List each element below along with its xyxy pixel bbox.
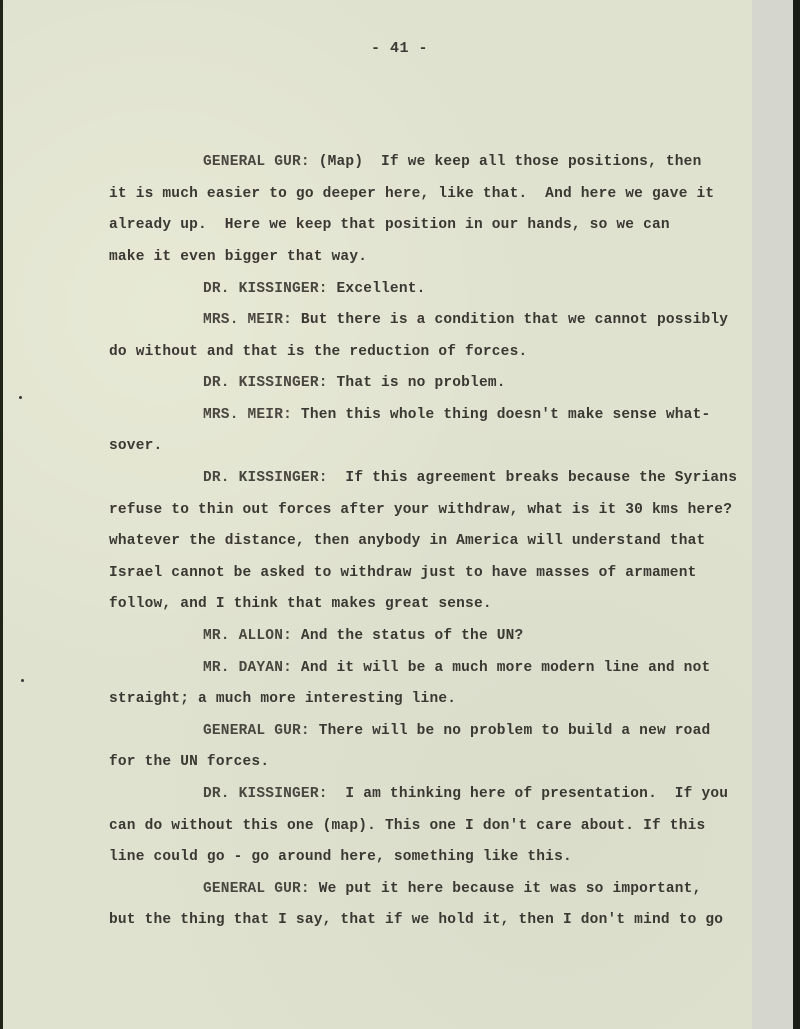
line-text: That is no problem. <box>328 375 506 391</box>
speaker-label: MR. ALLON: <box>203 628 292 644</box>
transcript-line: refuse to thin out forces after your wit… <box>109 501 732 519</box>
speaker-label: DR. KISSINGER: <box>203 470 328 486</box>
transcript-line: GENERAL GUR: There will be no problem to… <box>203 722 710 740</box>
transcript-line: it is much easier to go deeper here, lik… <box>109 185 714 203</box>
line-text: There will be no problem to build a new … <box>310 723 711 739</box>
line-text: Then this whole thing doesn't make sense… <box>292 407 710 423</box>
line-text: for the UN forces. <box>109 754 269 770</box>
transcript-line: MR. ALLON: And the status of the UN? <box>203 627 523 645</box>
scan-speck <box>21 679 24 682</box>
transcript-line: Israel cannot be asked to withdraw just … <box>109 564 697 582</box>
line-text: And it will be a much more modern line a… <box>292 660 710 676</box>
line-text: it is much easier to go deeper here, lik… <box>109 186 714 202</box>
page-number: - 41 - <box>3 40 796 57</box>
transcript-line: DR. KISSINGER: Excellent. <box>203 280 426 298</box>
line-text: We put it here because it was so importa… <box>310 881 702 897</box>
line-text: And the status of the UN? <box>292 628 523 644</box>
transcript-line: GENERAL GUR: (Map) If we keep all those … <box>203 153 702 171</box>
transcript-line: do without and that is the reduction of … <box>109 343 527 361</box>
document-page: - 41 - GENERAL GUR: (Map) If we keep all… <box>3 0 796 1029</box>
speaker-label: GENERAL GUR: <box>203 881 310 897</box>
line-text: make it even bigger that way. <box>109 249 367 265</box>
transcript-line: MRS. MEIR: But there is a condition that… <box>203 311 728 329</box>
transcript-line: make it even bigger that way. <box>109 248 367 266</box>
transcript-line: line could go - go around here, somethin… <box>109 848 572 866</box>
line-text: I am thinking here of presentation. If y… <box>328 786 729 802</box>
line-text: Israel cannot be asked to withdraw just … <box>109 565 697 581</box>
speaker-label: MR. DAYAN: <box>203 660 292 676</box>
speaker-label: DR. KISSINGER: <box>203 281 328 297</box>
transcript-line: whatever the distance, then anybody in A… <box>109 532 705 550</box>
speaker-label: GENERAL GUR: <box>203 154 310 170</box>
speaker-label: DR. KISSINGER: <box>203 786 328 802</box>
transcript-line: DR. KISSINGER: If this agreement breaks … <box>203 469 737 487</box>
line-text: If this agreement breaks because the Syr… <box>328 470 737 486</box>
transcript-line: MR. DAYAN: And it will be a much more mo… <box>203 659 710 677</box>
transcript-line: DR. KISSINGER: That is no problem. <box>203 374 506 392</box>
speaker-label: DR. KISSINGER: <box>203 375 328 391</box>
speaker-label: GENERAL GUR: <box>203 723 310 739</box>
line-text: sover. <box>109 438 162 454</box>
line-text: follow, and I think that makes great sen… <box>109 596 492 612</box>
line-text: But there is a condition that we cannot … <box>292 312 728 328</box>
transcript-line: straight; a much more interesting line. <box>109 690 456 708</box>
transcript-line: sover. <box>109 437 162 455</box>
line-text: whatever the distance, then anybody in A… <box>109 533 705 549</box>
line-text: do without and that is the reduction of … <box>109 344 527 360</box>
transcript-line: but the thing that I say, that if we hol… <box>109 911 723 929</box>
scan-margin-strip <box>752 0 796 1029</box>
line-text: but the thing that I say, that if we hol… <box>109 912 723 928</box>
line-text: line could go - go around here, somethin… <box>109 849 572 865</box>
transcript-line: follow, and I think that makes great sen… <box>109 595 492 613</box>
line-text: straight; a much more interesting line. <box>109 691 456 707</box>
line-text: Excellent. <box>328 281 426 297</box>
speaker-label: MRS. MEIR: <box>203 312 292 328</box>
transcript-line: GENERAL GUR: We put it here because it w… <box>203 880 702 898</box>
transcript-line: DR. KISSINGER: I am thinking here of pre… <box>203 785 728 803</box>
transcript-line: already up. Here we keep that position i… <box>109 216 670 234</box>
line-text: refuse to thin out forces after your wit… <box>109 502 732 518</box>
scan-edge-border <box>793 0 800 1029</box>
line-text: (Map) If we keep all those positions, th… <box>310 154 702 170</box>
line-text: already up. Here we keep that position i… <box>109 217 670 233</box>
transcript-line: for the UN forces. <box>109 753 269 771</box>
line-text: can do without this one (map). This one … <box>109 818 705 834</box>
speaker-label: MRS. MEIR: <box>203 407 292 423</box>
transcript-line: MRS. MEIR: Then this whole thing doesn't… <box>203 406 710 424</box>
transcript-line: can do without this one (map). This one … <box>109 817 705 835</box>
scan-speck <box>19 396 22 399</box>
